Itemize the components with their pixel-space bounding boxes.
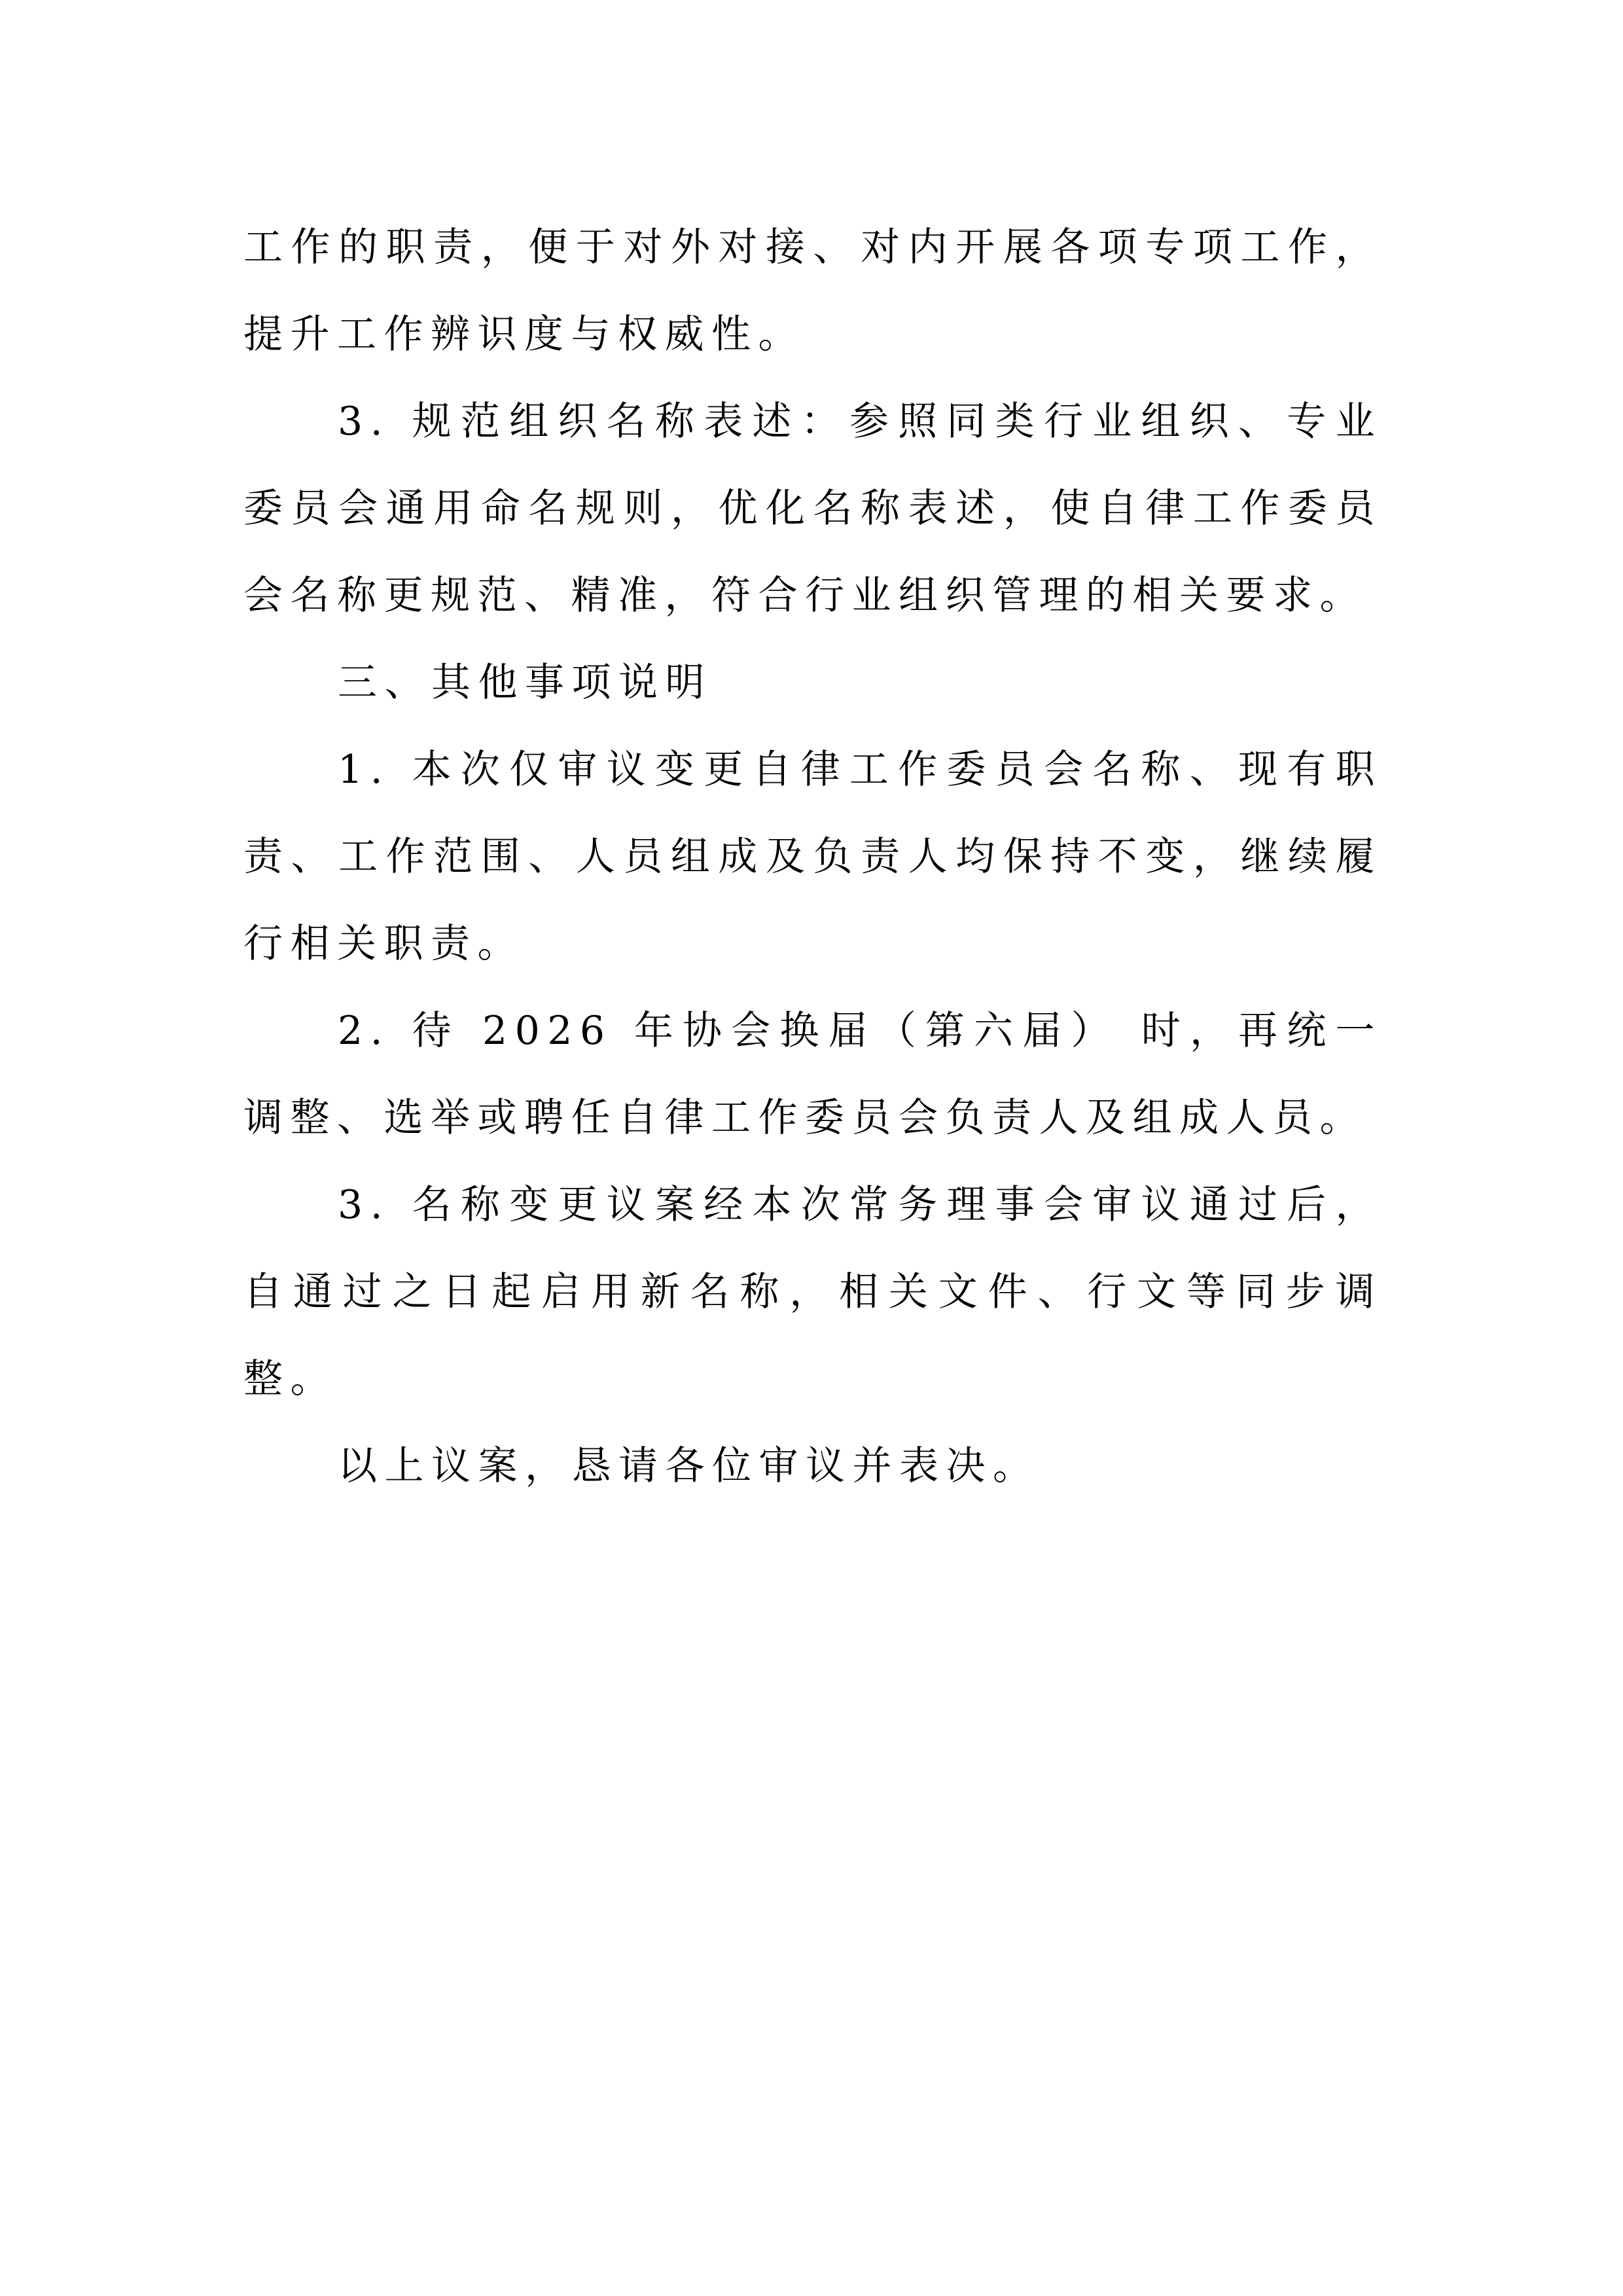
document-page: 工作的职责，便于对外对接、对内开展各项专项工作，提升工作辨识度与权威性。 3. … bbox=[243, 204, 1382, 1510]
paragraph-item-3-effective-date: 3. 名称变更议案经本次常务理事会审议通过后，自通过之日起启用新名称，相关文件、… bbox=[243, 1162, 1382, 1423]
paragraph-item-2-reelection: 2. 待 2026 年协会换届（第六届） 时，再统一调整、选举或聘任自律工作委员… bbox=[243, 988, 1382, 1162]
paragraph-item-1-scope: 1. 本次仅审议变更自律工作委员会名称、现有职责、工作范围、人员组成及负责人均保… bbox=[243, 726, 1382, 988]
section-heading-other-matters: 三、其他事项说明 bbox=[243, 639, 1382, 726]
paragraph-item-3-standardize-name: 3. 规范组织名称表述：参照同类行业组织、专业委员会通用命名规则，优化名称表述，… bbox=[243, 378, 1382, 639]
paragraph-continuation: 工作的职责，便于对外对接、对内开展各项专项工作，提升工作辨识度与权威性。 bbox=[243, 204, 1382, 378]
closing-statement: 以上议案，恳请各位审议并表决。 bbox=[243, 1423, 1382, 1510]
